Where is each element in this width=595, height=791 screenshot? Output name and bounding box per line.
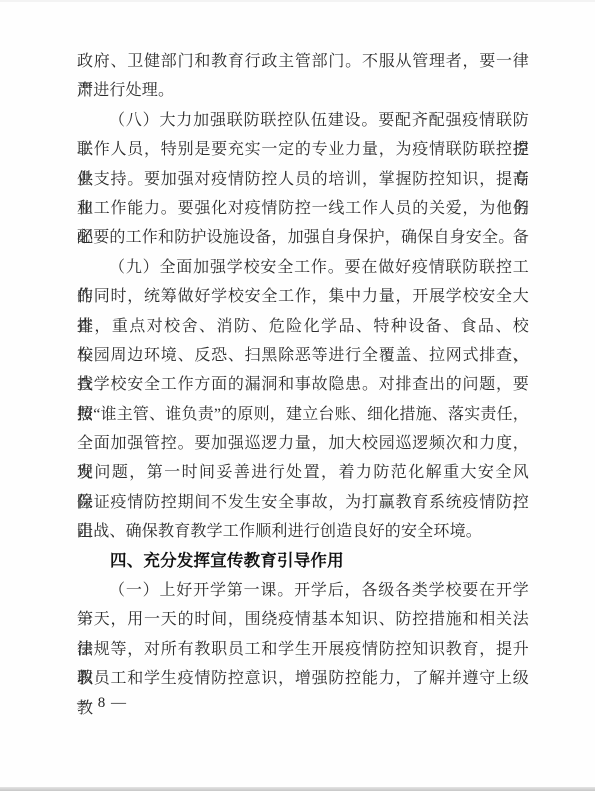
text-line: 法规等，对所有教职员工和学生开展疫情防控知识教育，提升教	[77, 635, 529, 664]
text-line: 一天，用一天的时间，围绕疫情基本知识、防控措施和相关法律	[77, 605, 529, 634]
document-page: 政府、卫健部门和教育行政主管部门。不服从管理者，要一律严 肃进行处理。 （八）大…	[0, 0, 595, 791]
text-line: 全面加强管控。要加强巡逻力量，加大校园巡逻频次和力度，发	[77, 429, 529, 458]
text-line: 业支持。要加强对疫情防控人员的培训，掌握防控知识，提高业务	[77, 165, 529, 194]
text-line: 肃进行处理。	[77, 76, 529, 105]
text-line: 的同时，统筹做好学校安全工作，集中力量，开展学校安全大排	[77, 282, 529, 311]
text-line: 查，重点对校舍、消防、危险化学品、特种设备、食品、校车、	[77, 312, 529, 341]
text-line: （八）大力加强联防联控队伍建设。要配齐配强疫情联防联控	[77, 106, 529, 135]
text-line: 工作人员，特别是要充实一定的专业力量，为疫情联防联控提供专	[77, 135, 529, 164]
text-line: 照“谁主管、谁负责”的原则，建立台账、细化措施、落实责任，	[77, 400, 529, 429]
scan-edge-top	[0, 0, 595, 2]
text-line: （一）上好开学第一课。开学后，各级各类学校要在开学第	[77, 576, 529, 605]
text-line: 和工作能力。要强化对疫情防控一线工作人员的关爱，为他们配备	[77, 194, 529, 223]
text-line: 保证疫情防控期间不发生安全事故，为打赢教育系统疫情防控阻	[77, 488, 529, 517]
text-line: 找学校安全工作方面的漏洞和事故隐患。对排查出的问题，要按	[77, 370, 529, 399]
text-line: 校园周边环境、反恐、扫黑除恶等进行全覆盖、拉网式排查，查	[77, 341, 529, 370]
section-heading: 四、充分发挥宣传教育引导作用	[77, 547, 529, 576]
text-line: 现问题，第一时间妥善进行处置，着力防范化解重大安全风险，	[77, 458, 529, 487]
text-line: （九）全面加强学校安全工作。要在做好疫情联防联控工作	[77, 253, 529, 282]
text-line: 职员工和学生疫情防控意识，增强防控能力，了解并遵守上级教	[77, 664, 529, 693]
text-line: 击战、确保教育教学工作顺利进行创造良好的安全环境。	[77, 517, 529, 546]
document-text-block: 政府、卫健部门和教育行政主管部门。不服从管理者，要一律严 肃进行处理。 （八）大…	[77, 47, 529, 694]
scan-edge-bottom	[0, 787, 595, 791]
text-line: 政府、卫健部门和教育行政主管部门。不服从管理者，要一律严	[77, 47, 529, 76]
page-number: — 8 —	[77, 693, 127, 713]
text-line: 必要的工作和防护设施设备，加强自身保护，确保自身安全。	[77, 223, 529, 252]
